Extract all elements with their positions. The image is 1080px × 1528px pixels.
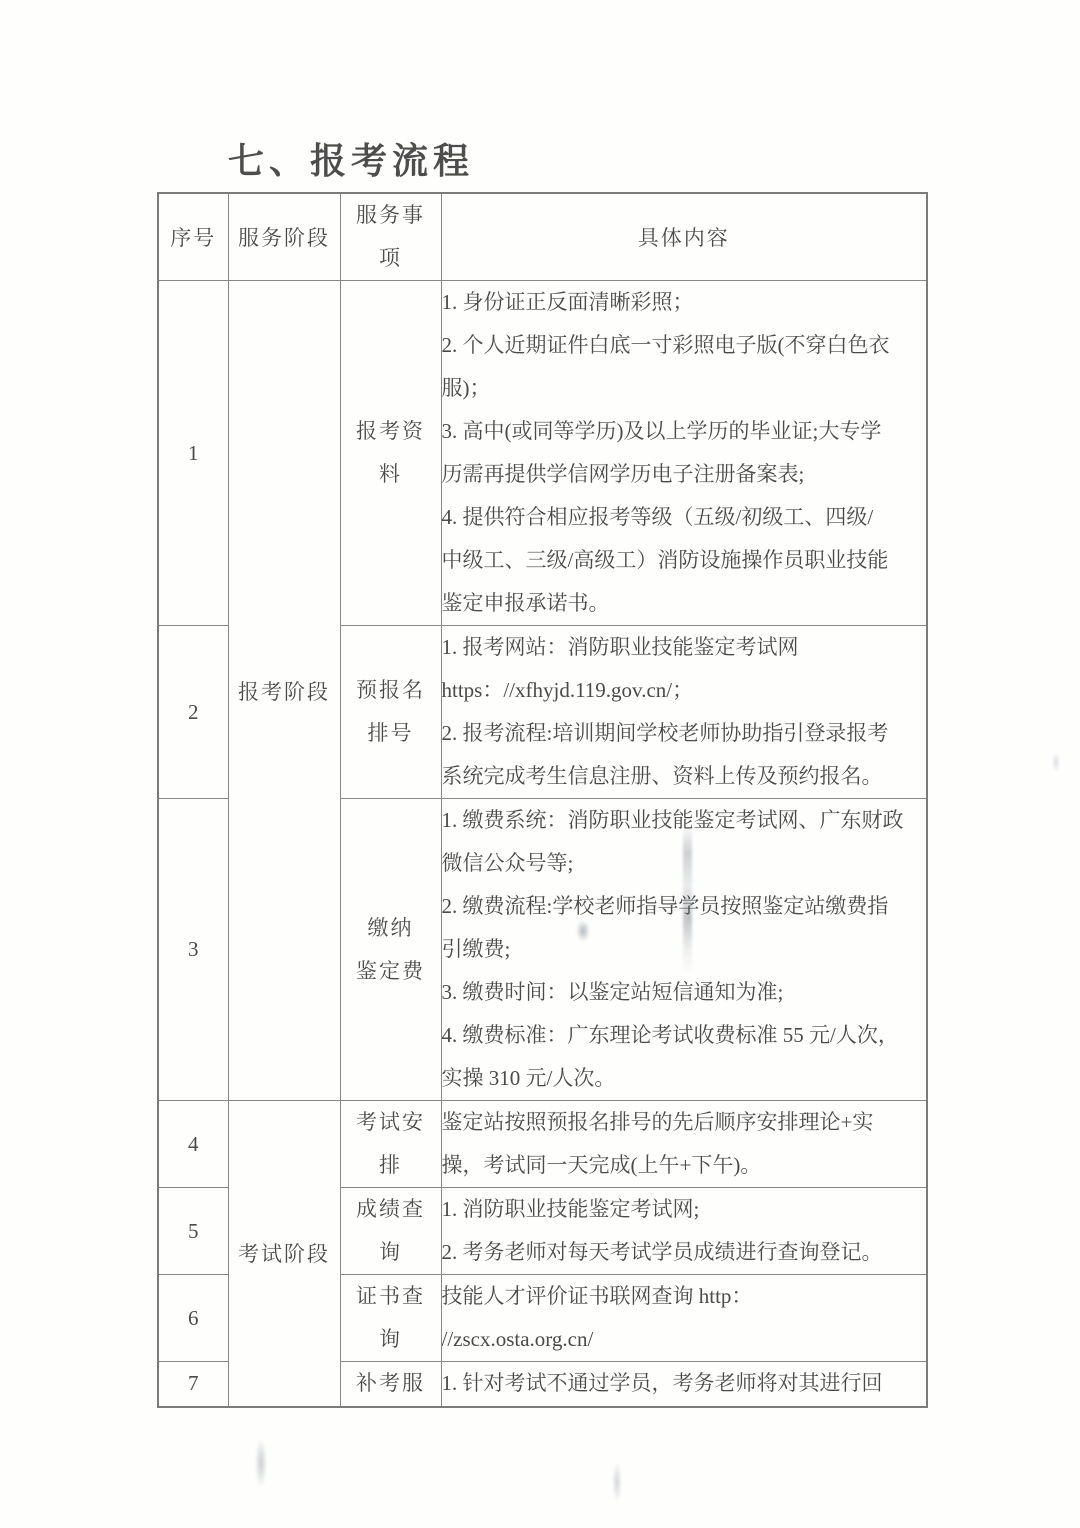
content-cell: 鉴定站按照预报名排号的先后顺序安排理论+实操，考试同一天完成(上午+下午)。	[441, 1101, 927, 1188]
content-cell: 1. 针对考试不通过学员，考务老师将对其进行回	[441, 1362, 927, 1407]
content-cell: 1. 报考网站：消防职业技能鉴定考试网https：//xfhyjd.119.go…	[441, 626, 927, 799]
item-cell: 考试安排	[340, 1101, 441, 1188]
seq-cell: 3	[158, 799, 228, 1101]
seq-cell: 5	[158, 1188, 228, 1275]
scan-smudge	[1052, 752, 1060, 772]
col-header-seq: 序号	[158, 193, 228, 281]
content-cell: 技能人才评价证书联网查询 http：//zscx.osta.org.cn/	[441, 1275, 927, 1362]
registration-process-table: 序号 服务阶段 服务事项 具体内容 1 报考阶段 报考资料 1. 身份证正反面清…	[157, 192, 928, 1408]
col-header-stage: 服务阶段	[228, 193, 340, 281]
content-cell: 1. 消防职业技能鉴定考试网;2. 考务老师对每天考试学员成绩进行查询登记。	[441, 1188, 927, 1275]
scan-smudge	[612, 1462, 622, 1502]
seq-cell: 6	[158, 1275, 228, 1362]
item-cell: 缴纳鉴定费	[340, 799, 441, 1101]
section-title: 七、报考流程	[228, 133, 474, 184]
item-cell: 预报名排号	[340, 626, 441, 799]
stage-cell-registration: 报考阶段	[228, 281, 340, 1101]
content-cell: 1. 身份证正反面清晰彩照；2. 个人近期证件白底一寸彩照电子版(不穿白色衣服)…	[441, 281, 927, 626]
seq-cell: 1	[158, 281, 228, 626]
table-row: 1 报考阶段 报考资料 1. 身份证正反面清晰彩照；2. 个人近期证件白底一寸彩…	[158, 281, 927, 626]
scan-smudge	[255, 1438, 267, 1488]
col-header-content: 具体内容	[441, 193, 927, 281]
document-page: 七、报考流程 序号 服务阶段 服务事项 具体内容 1 报考阶段 报考资料 1. …	[0, 0, 1080, 1528]
content-cell: 1. 缴费系统：消防职业技能鉴定考试网、广东财政微信公众号等;2. 缴费流程:学…	[441, 799, 927, 1101]
item-cell: 证书查询	[340, 1275, 441, 1362]
table-row: 4 考试阶段 考试安排 鉴定站按照预报名排号的先后顺序安排理论+实操，考试同一天…	[158, 1101, 927, 1188]
table-header-row: 序号 服务阶段 服务事项 具体内容	[158, 193, 927, 281]
col-header-item: 服务事项	[340, 193, 441, 281]
item-cell: 成绩查询	[340, 1188, 441, 1275]
item-cell: 补考服	[340, 1362, 441, 1407]
seq-cell: 4	[158, 1101, 228, 1188]
seq-cell: 7	[158, 1362, 228, 1407]
seq-cell: 2	[158, 626, 228, 799]
stage-cell-exam: 考试阶段	[228, 1101, 340, 1407]
item-cell: 报考资料	[340, 281, 441, 626]
